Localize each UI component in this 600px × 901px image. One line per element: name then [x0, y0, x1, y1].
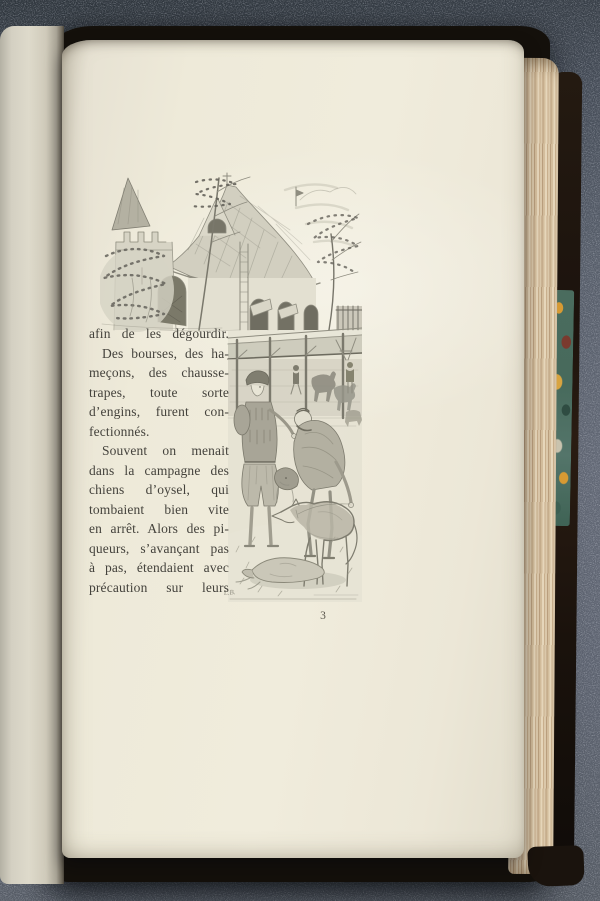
left-page-edge	[0, 26, 64, 884]
page-number: 3	[308, 610, 338, 622]
book-page: L.B. afin de les dégourdir.Des bourses, …	[62, 40, 524, 858]
text-line: tombaient bien vite	[89, 500, 229, 520]
text-line: précaution sur leurs	[89, 578, 229, 598]
text-line: dans la campagne des	[89, 461, 229, 481]
text-line: queurs, s’avançant pas	[89, 539, 229, 559]
text-line: d’engins, furent con-	[89, 402, 229, 422]
text-line: à pas, étendaient avec	[89, 558, 229, 578]
text-line: meçons, des chausse-	[89, 363, 229, 383]
text-line: fectionnés.	[89, 422, 229, 442]
text-line: afin de les dégourdir.	[89, 324, 229, 344]
text-line: trapes, toute sorte	[89, 383, 229, 403]
leather-corner	[527, 845, 584, 887]
text-line: chiens d’oysel, qui	[89, 480, 229, 500]
text-line: Des bourses, des ha-	[89, 344, 229, 364]
text-line: Souvent on menait	[89, 441, 229, 461]
photo-scene: L.B. afin de les dégourdir.Des bourses, …	[0, 0, 600, 901]
text-line: en arrêt. Alors des pi-	[89, 519, 229, 539]
text-column: afin de les dégourdir.Des bourses, des h…	[89, 324, 229, 597]
